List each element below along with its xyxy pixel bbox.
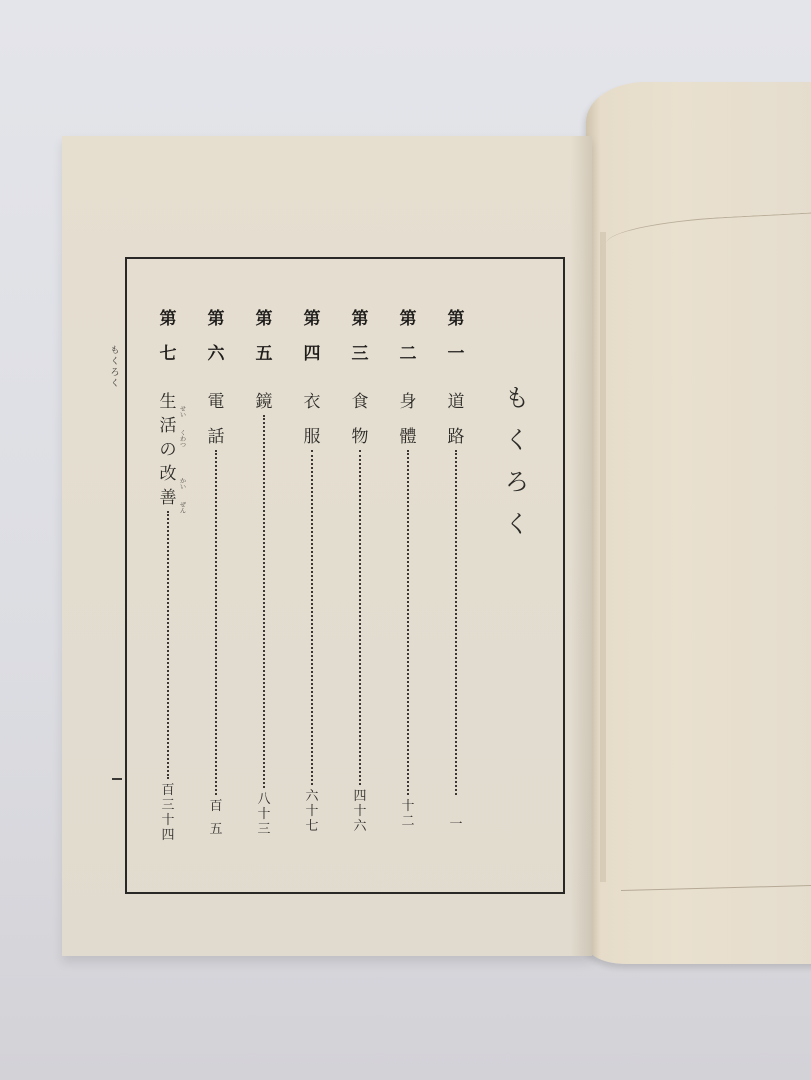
contents-page: も く ろ く も く ろ く 第 一 道 路 一 第 二 身 體 [62, 136, 592, 956]
leader-dots [359, 450, 361, 785]
leader-dots [167, 511, 169, 779]
toc-entry-5: 第 五 鏡 八 十 三 [253, 259, 275, 837]
entry-title: 衣 [301, 394, 323, 411]
toc-entry-4: 第 四 衣 服 六 十 七 [301, 259, 323, 834]
chapter-number: 四 [301, 346, 323, 363]
page-number: 百 三 十 四 [157, 783, 179, 843]
leader-dots [311, 450, 313, 785]
page-shadow [600, 232, 606, 882]
page-number: 六 十 七 [301, 789, 323, 834]
page-number: 一 [445, 799, 467, 832]
entry-title: 身 [397, 394, 419, 411]
entry-title: 電 [205, 394, 227, 411]
leader-dots [263, 415, 265, 788]
leader-dots [455, 450, 457, 795]
chapter-number: 六 [205, 346, 227, 363]
toc-entry-6: 第 六 電 話 百 五 [205, 259, 227, 837]
leader-dots [215, 450, 217, 795]
chapter-label: 第 [397, 311, 419, 328]
entry-title: 生 [157, 394, 179, 411]
chapter-number: 七 [157, 346, 179, 363]
furigana: かい [179, 479, 187, 491]
furigana: ぜん [179, 503, 187, 515]
chapter-number: 二 [397, 346, 419, 363]
entry-title: 道 [445, 394, 467, 411]
page-number: 四 十 六 [349, 789, 371, 834]
page-number-folio [112, 778, 122, 780]
toc-entry-1: 第 一 道 路 一 [445, 259, 467, 832]
toc-entry-7: 第 七 生 活 の 改 善 百 三 十 四 [157, 259, 179, 843]
chapter-label: 第 [253, 311, 275, 328]
chapter-label: 第 [205, 311, 227, 328]
chapter-label: 第 [301, 311, 323, 328]
running-head: も く ろ く [109, 346, 121, 390]
page-number: 百 五 [205, 799, 227, 837]
entry-title: 食 [349, 394, 371, 411]
page-title: も く ろ く [502, 377, 532, 545]
chapter-number: 一 [445, 346, 467, 363]
chapter-number: 三 [349, 346, 371, 363]
chapter-number: 五 [253, 346, 275, 363]
gutter-shadow [570, 136, 592, 956]
page-number: 十 二 [397, 799, 419, 829]
toc-entry-2: 第 二 身 體 十 二 [397, 259, 419, 829]
furigana: せい [179, 407, 187, 419]
chapter-label: 第 [445, 311, 467, 328]
furigana: くわつ [179, 431, 187, 449]
page-crease-top [605, 211, 811, 255]
page-crease-bottom [621, 884, 811, 893]
leader-dots [407, 450, 409, 795]
facing-page [586, 82, 811, 964]
contents-frame: も く ろ く 第 一 道 路 一 第 二 身 體 十 二 [125, 257, 565, 894]
entry-title: 鏡 [253, 394, 275, 411]
chapter-label: 第 [349, 311, 371, 328]
page-number: 八 十 三 [253, 792, 275, 837]
toc-entry-3: 第 三 食 物 四 十 六 [349, 259, 371, 834]
chapter-label: 第 [157, 311, 179, 328]
